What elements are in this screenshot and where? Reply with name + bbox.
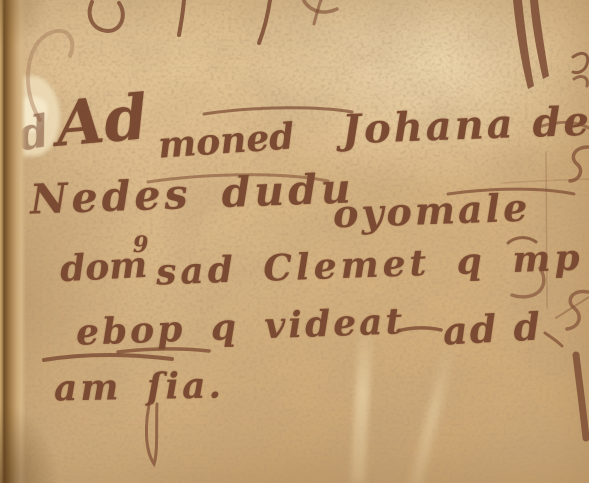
line1-word: moned [157, 115, 296, 166]
line3-superscript: 9 [133, 232, 148, 258]
corner-shadow-top-left [0, 0, 50, 50]
line1-name: Johana de [341, 98, 589, 154]
manuscript-photo: d Ad moned Johana de Nedes dudu oyomale … [0, 0, 589, 483]
line3-rest: sad Clemet q mp [155, 237, 584, 294]
line2-right: oyomale [332, 185, 531, 237]
corner-shadow-bottom-left [0, 403, 60, 483]
line2-left: Nedes dudu [29, 164, 355, 223]
line4-right: ad d [442, 303, 543, 353]
line5-text: am ſia. [54, 365, 225, 410]
handwriting-layer: d Ad moned Johana de Nedes dudu oyomale … [0, 0, 589, 483]
line1-initial: Ad [53, 80, 150, 161]
line4-left: ebop q videat [75, 300, 405, 353]
